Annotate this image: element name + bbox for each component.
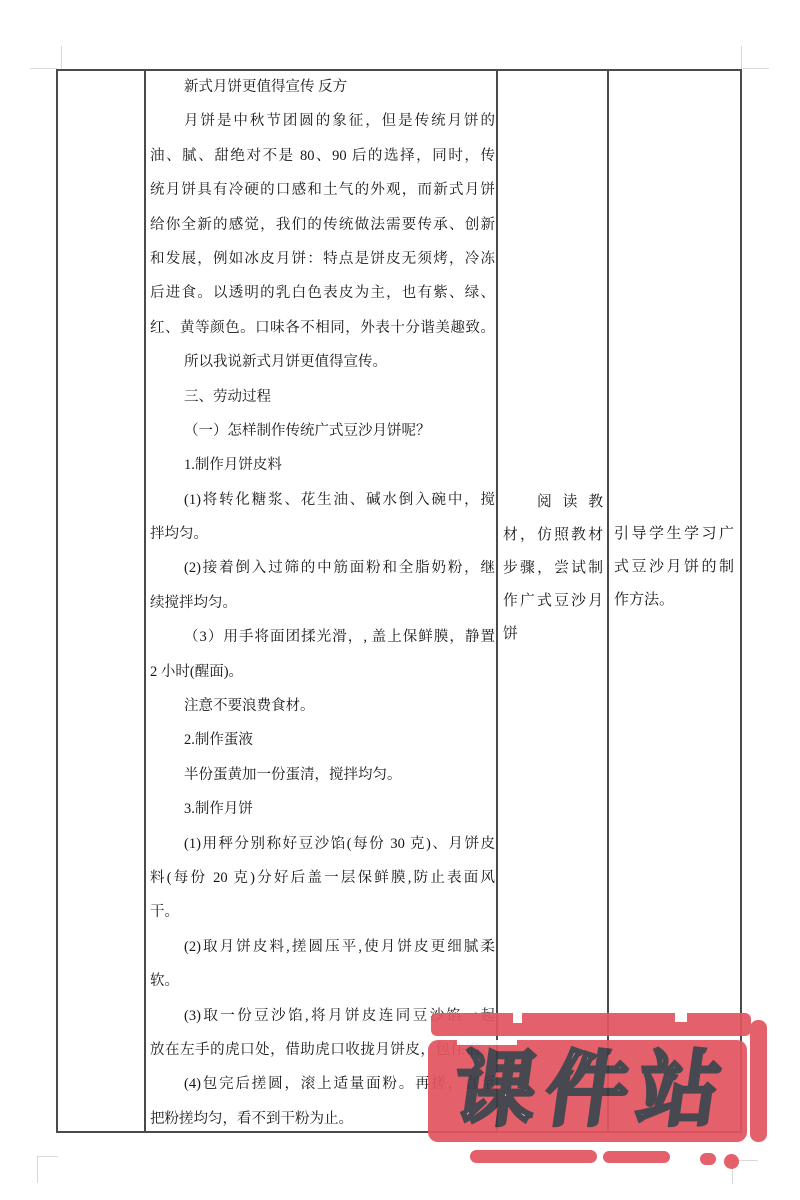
guidance-line: 式豆沙月饼的制	[614, 551, 734, 584]
stamp-text: 课件站	[432, 1044, 751, 1138]
content-line: 1.制作月饼皮料	[150, 448, 495, 482]
content-line: (1)将转化糖浆、花生油、碱水倒入碗中，搅	[150, 483, 495, 517]
content-line: 3.制作月饼	[150, 792, 495, 826]
content-line: 2 小时(醒面)。	[150, 655, 495, 689]
content-line: 给你全新的感觉，我们的传统做法需要传承、创新	[150, 208, 495, 242]
page: { "colors": { "stamp_red": "#e2545f", "t…	[0, 0, 800, 1200]
content-line: 干。	[150, 895, 495, 929]
table-border-col3-right	[607, 70, 609, 1133]
content-line: 红、黄等颜色。口味各不相同，外表十分谐美趣致。	[150, 311, 495, 345]
content-line: 软。	[150, 964, 495, 998]
content-line: 所以我说新式月饼更值得宣传。	[150, 345, 495, 379]
content-line: 半份蛋黄加一份蛋清，搅拌均匀。	[150, 758, 495, 792]
content-line: （3）用手将面团揉光滑，, 盖上保鲜膜，静置	[150, 620, 495, 654]
content-line: 油、腻、甜绝对不是 80、90 后的选择，同时，传	[150, 139, 495, 173]
content-line: 后进食。以透明的乳白色表皮为主，也有紫、绿、	[150, 276, 495, 310]
crop-mark-top-left-v	[61, 46, 62, 69]
activity-line: 阅读教	[503, 486, 603, 519]
content-line: 料(每份 20 克)分好后盖一层保鲜膜,防止表面风	[150, 861, 495, 895]
content-line: 注意不要浪费食材。	[150, 689, 495, 723]
guidance-line: 引导学生学习广	[614, 518, 734, 551]
activity-line: 作广式豆沙月	[503, 585, 603, 618]
crop-mark-bottom-left-h	[37, 1156, 58, 1157]
content-line: 和发展，例如冰皮月饼：特点是饼皮无须烤，冷冻	[150, 242, 495, 276]
activity-line: 饼	[503, 618, 603, 651]
content-line: 拌均匀。	[150, 517, 495, 551]
content-line: (2)取月饼皮料,搓圆压平,使月饼皮更细腻柔	[150, 930, 495, 964]
table-border-col1-right	[144, 70, 146, 1133]
stamp-brush-top	[431, 1013, 751, 1036]
activity-line: 材，仿照教材	[503, 519, 603, 552]
stamp-notch	[675, 1013, 687, 1022]
stamp-brush-right	[750, 1020, 767, 1142]
content-line: 月饼是中秋节团圆的象征，但是传统月饼的	[150, 104, 495, 138]
watermark-stamp: 课件站	[417, 1008, 773, 1178]
content-line: 续搅拌均匀。	[150, 586, 495, 620]
stamp-brush-bottom	[700, 1153, 716, 1165]
empty-label-cell	[58, 70, 144, 1131]
stamp-brush-bottom	[603, 1151, 670, 1163]
crop-mark-top-right-h	[743, 68, 769, 69]
crop-mark-bottom-left-v	[37, 1156, 38, 1183]
activity-line: 步骤，尝试制	[503, 552, 603, 585]
crop-mark-top-right-v	[741, 46, 742, 69]
content-line: 新式月饼更值得宣传 反方	[150, 70, 495, 104]
content-line: 2.制作蛋液	[150, 723, 495, 757]
teacher-guidance-cell: 引导学生学习广式豆沙月饼的制作方法。	[614, 518, 734, 617]
student-activity-cell: 阅读教材，仿照教材步骤，尝试制作广式豆沙月饼	[503, 486, 603, 651]
crop-mark-top-left-h	[30, 68, 57, 69]
lesson-content-cell: 新式月饼更值得宣传 反方月饼是中秋节团圆的象征，但是传统月饼的油、腻、甜绝对不是…	[150, 70, 495, 1136]
content-line: （一）怎样制作传统广式豆沙月饼呢？	[150, 414, 495, 448]
stamp-brush-bottom	[470, 1150, 597, 1163]
table-border-right	[740, 70, 742, 1133]
table-border-col2-right	[496, 70, 498, 1133]
guidance-line: 作方法。	[614, 584, 734, 617]
content-line: 统月饼具有冷硬的口感和土气的外观，而新式月饼	[150, 173, 495, 207]
stamp-notch	[513, 1013, 522, 1023]
content-line: (1)用秤分别称好豆沙馅(每份 30 克)、月饼皮	[150, 827, 495, 861]
content-line: 三、劳动过程	[150, 380, 495, 414]
stamp-brush-dot	[724, 1154, 739, 1169]
content-line: (2)接着倒入过筛的中筋面粉和全脂奶粉，继	[150, 551, 495, 585]
